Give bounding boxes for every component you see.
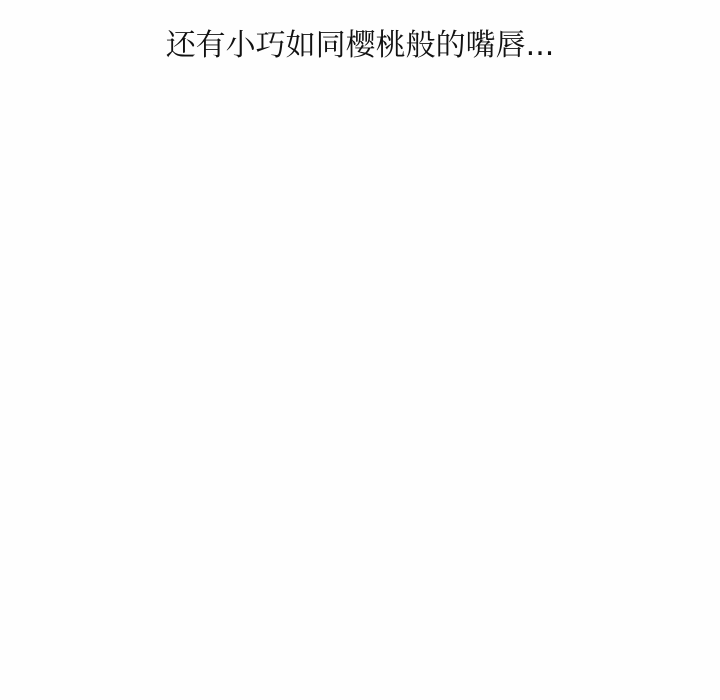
comic-panel: 还有小巧如同樱桃般的嘴唇... [0,0,720,700]
caption-text: 还有小巧如同樱桃般的嘴唇... [0,26,720,66]
